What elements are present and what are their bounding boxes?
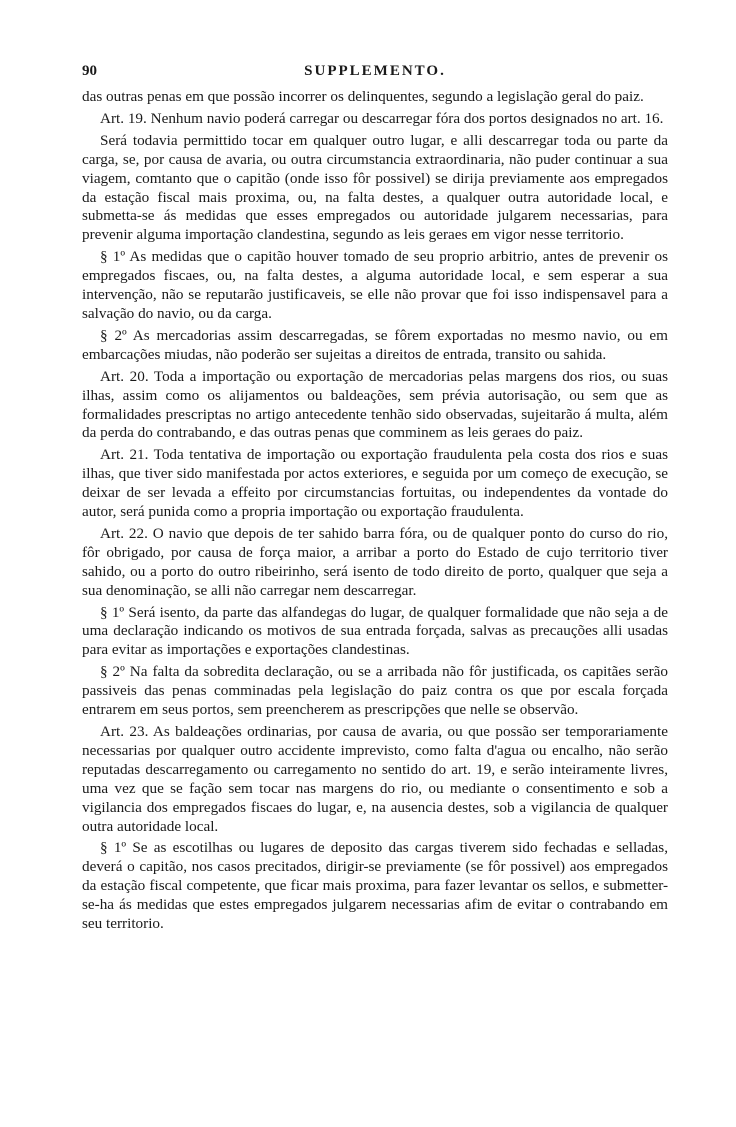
article-19-section-2: § 2º As mercadorias assim descarregadas,… <box>82 327 668 365</box>
running-header: 90 SUPPLEMENTO. <box>82 62 668 86</box>
article-22-section-2: § 2º Na falta da sobredita declaração, o… <box>82 663 668 720</box>
paragraph-continuation: das outras penas em que possão incorrer … <box>82 88 668 107</box>
running-title: SUPPLEMENTO. <box>82 62 668 81</box>
article-23: Art. 23. As baldeações ordinarias, por c… <box>82 723 668 836</box>
article-22-section-1: § 1º Será isento, da parte das alfandega… <box>82 604 668 661</box>
document-page: 90 SUPPLEMENTO. das outras penas em que … <box>82 62 668 937</box>
article-19-paragraph: Será todavia permittido tocar em qualque… <box>82 132 668 245</box>
article-19-section-1: § 1º As medidas que o capitão houver tom… <box>82 248 668 324</box>
article-19: Art. 19. Nenhum navio poderá carregar ou… <box>82 110 668 129</box>
article-22: Art. 22. O navio que depois de ter sahid… <box>82 525 668 601</box>
article-20: Art. 20. Toda a importação ou exportação… <box>82 368 668 444</box>
article-21: Art. 21. Toda tentativa de importação ou… <box>82 446 668 522</box>
article-23-section-1: § 1º Se as escotilhas ou lugares de depo… <box>82 839 668 934</box>
